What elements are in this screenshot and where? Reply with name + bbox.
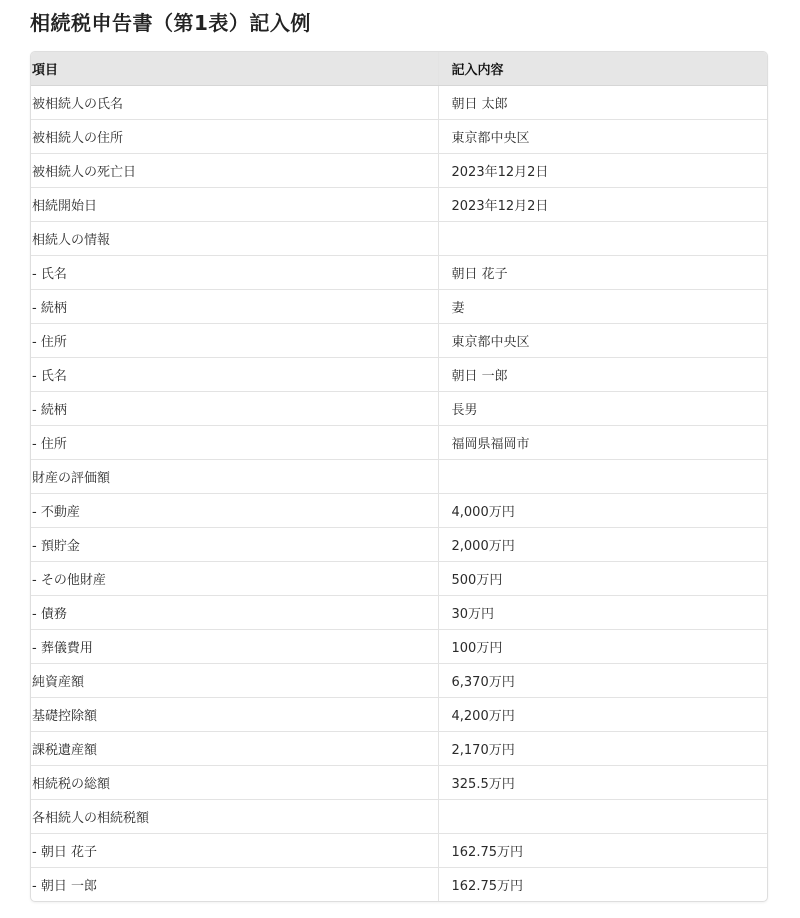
table-row: - 氏名朝日 一郎 [31, 358, 767, 392]
row-value: 162.75万円 [438, 868, 767, 902]
row-value: 福岡県福岡市 [438, 426, 767, 460]
row-value [438, 800, 767, 834]
row-item: 課税遺産額 [31, 732, 438, 766]
table-row: - 葬儀費用100万円 [31, 630, 767, 664]
row-item: - 不動産 [31, 494, 438, 528]
row-item: - 葬儀費用 [31, 630, 438, 664]
table-row: 被相続人の死亡日2023年12月2日 [31, 154, 767, 188]
row-item: - 朝日 花子 [31, 834, 438, 868]
row-value: 4,200万円 [438, 698, 767, 732]
row-item: 被相続人の住所 [31, 120, 438, 154]
row-value: 東京都中央区 [438, 120, 767, 154]
row-value: 6,370万円 [438, 664, 767, 698]
row-item: - 預貯金 [31, 528, 438, 562]
table-row: - 預貯金2,000万円 [31, 528, 767, 562]
table-row: 相続人の情報 [31, 222, 767, 256]
row-value: 朝日 一郎 [438, 358, 767, 392]
table: 項目 記入内容 被相続人の氏名朝日 太郎 被相続人の住所東京都中央区 被相続人の… [31, 52, 767, 901]
row-value: 2,000万円 [438, 528, 767, 562]
row-value: 500万円 [438, 562, 767, 596]
table-row: 基礎控除額4,200万円 [31, 698, 767, 732]
row-value: 162.75万円 [438, 834, 767, 868]
row-value: 朝日 太郎 [438, 86, 767, 120]
row-item: - 続柄 [31, 392, 438, 426]
row-value: 2,170万円 [438, 732, 767, 766]
row-value: 2023年12月2日 [438, 188, 767, 222]
table-row: - 住所福岡県福岡市 [31, 426, 767, 460]
row-value: 30万円 [438, 596, 767, 630]
row-item: 相続開始日 [31, 188, 438, 222]
row-item: 各相続人の相続税額 [31, 800, 438, 834]
row-item: - 続柄 [31, 290, 438, 324]
row-value [438, 222, 767, 256]
row-item: - 住所 [31, 324, 438, 358]
table-row: - 債務30万円 [31, 596, 767, 630]
table-row: 被相続人の住所東京都中央区 [31, 120, 767, 154]
row-item: 純資産額 [31, 664, 438, 698]
row-item: 被相続人の死亡日 [31, 154, 438, 188]
row-item: 基礎控除額 [31, 698, 438, 732]
table-header-row: 項目 記入内容 [31, 52, 767, 86]
table-row: - 住所東京都中央区 [31, 324, 767, 358]
table-row: 純資産額6,370万円 [31, 664, 767, 698]
row-item: - 朝日 一郎 [31, 868, 438, 902]
page-title: 相続税申告書（第1表）記入例 [30, 8, 311, 38]
table-row: 課税遺産額2,170万円 [31, 732, 767, 766]
table-row: - 不動産4,000万円 [31, 494, 767, 528]
table-row: - 氏名朝日 花子 [31, 256, 767, 290]
row-item: - 氏名 [31, 358, 438, 392]
row-item: - その他財産 [31, 562, 438, 596]
row-value: 4,000万円 [438, 494, 767, 528]
row-item: 相続人の情報 [31, 222, 438, 256]
row-value: 東京都中央区 [438, 324, 767, 358]
table-row: 財産の評価額 [31, 460, 767, 494]
row-value: 100万円 [438, 630, 767, 664]
table-row: 相続税の総額325.5万円 [31, 766, 767, 800]
table-row: - 朝日 一郎162.75万円 [31, 868, 767, 902]
row-value: 妻 [438, 290, 767, 324]
row-item: 相続税の総額 [31, 766, 438, 800]
row-value [438, 460, 767, 494]
declaration-example-table: 項目 記入内容 被相続人の氏名朝日 太郎 被相続人の住所東京都中央区 被相続人の… [30, 51, 768, 902]
row-value: 朝日 花子 [438, 256, 767, 290]
row-value: 325.5万円 [438, 766, 767, 800]
table-row: - 朝日 花子162.75万円 [31, 834, 767, 868]
row-item: - 住所 [31, 426, 438, 460]
table-row: 相続開始日2023年12月2日 [31, 188, 767, 222]
table-row: - 続柄長男 [31, 392, 767, 426]
row-item: - 債務 [31, 596, 438, 630]
row-value: 長男 [438, 392, 767, 426]
header-value: 記入内容 [438, 52, 767, 86]
row-item: - 氏名 [31, 256, 438, 290]
table-row: 被相続人の氏名朝日 太郎 [31, 86, 767, 120]
table-row: - その他財産500万円 [31, 562, 767, 596]
row-item: 被相続人の氏名 [31, 86, 438, 120]
row-value: 2023年12月2日 [438, 154, 767, 188]
table-row: 各相続人の相続税額 [31, 800, 767, 834]
table-row: - 続柄妻 [31, 290, 767, 324]
header-item: 項目 [31, 52, 438, 86]
row-item: 財産の評価額 [31, 460, 438, 494]
